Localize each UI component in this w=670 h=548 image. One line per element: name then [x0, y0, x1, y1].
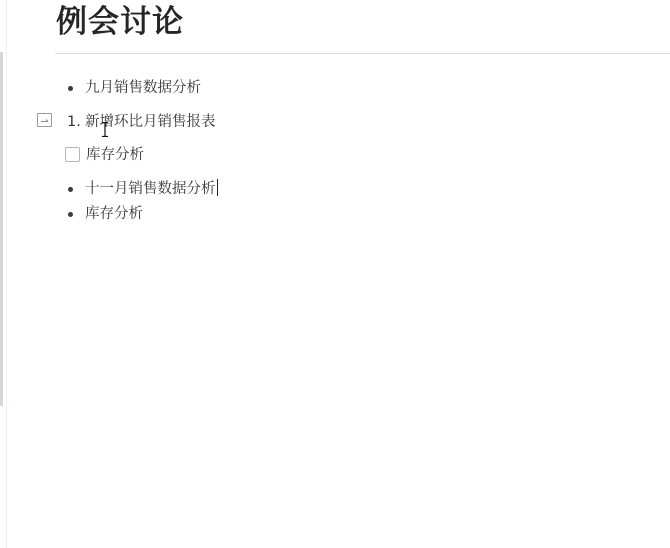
todo-checkbox[interactable]	[65, 147, 80, 162]
page-title[interactable]: 例会讨论	[56, 2, 184, 42]
scrollbar[interactable]	[0, 52, 3, 406]
bullet-icon	[68, 212, 73, 217]
panel-divider	[6, 0, 7, 548]
list-number: 1.	[67, 112, 81, 132]
list-item-text[interactable]: 十一月销售数据分析	[85, 181, 216, 197]
list-item-text[interactable]: 库存分析	[85, 204, 143, 224]
list-item-text-active[interactable]: 十一月销售数据分析	[85, 179, 218, 199]
bullet-icon	[68, 86, 73, 91]
title-divider	[55, 53, 670, 54]
fold-toggle-icon[interactable]	[37, 113, 52, 127]
todo-item-text[interactable]: 库存分析	[86, 145, 144, 165]
text-cursor-icon	[101, 122, 109, 137]
list-item-text[interactable]: 九月销售数据分析	[85, 78, 201, 98]
bullet-icon	[68, 187, 73, 192]
document-editor: 例会讨论 九月销售数据分析 1. 新增环比月销售报表 库存分析 十一月销售数据分…	[0, 0, 670, 548]
text-caret	[217, 179, 218, 196]
